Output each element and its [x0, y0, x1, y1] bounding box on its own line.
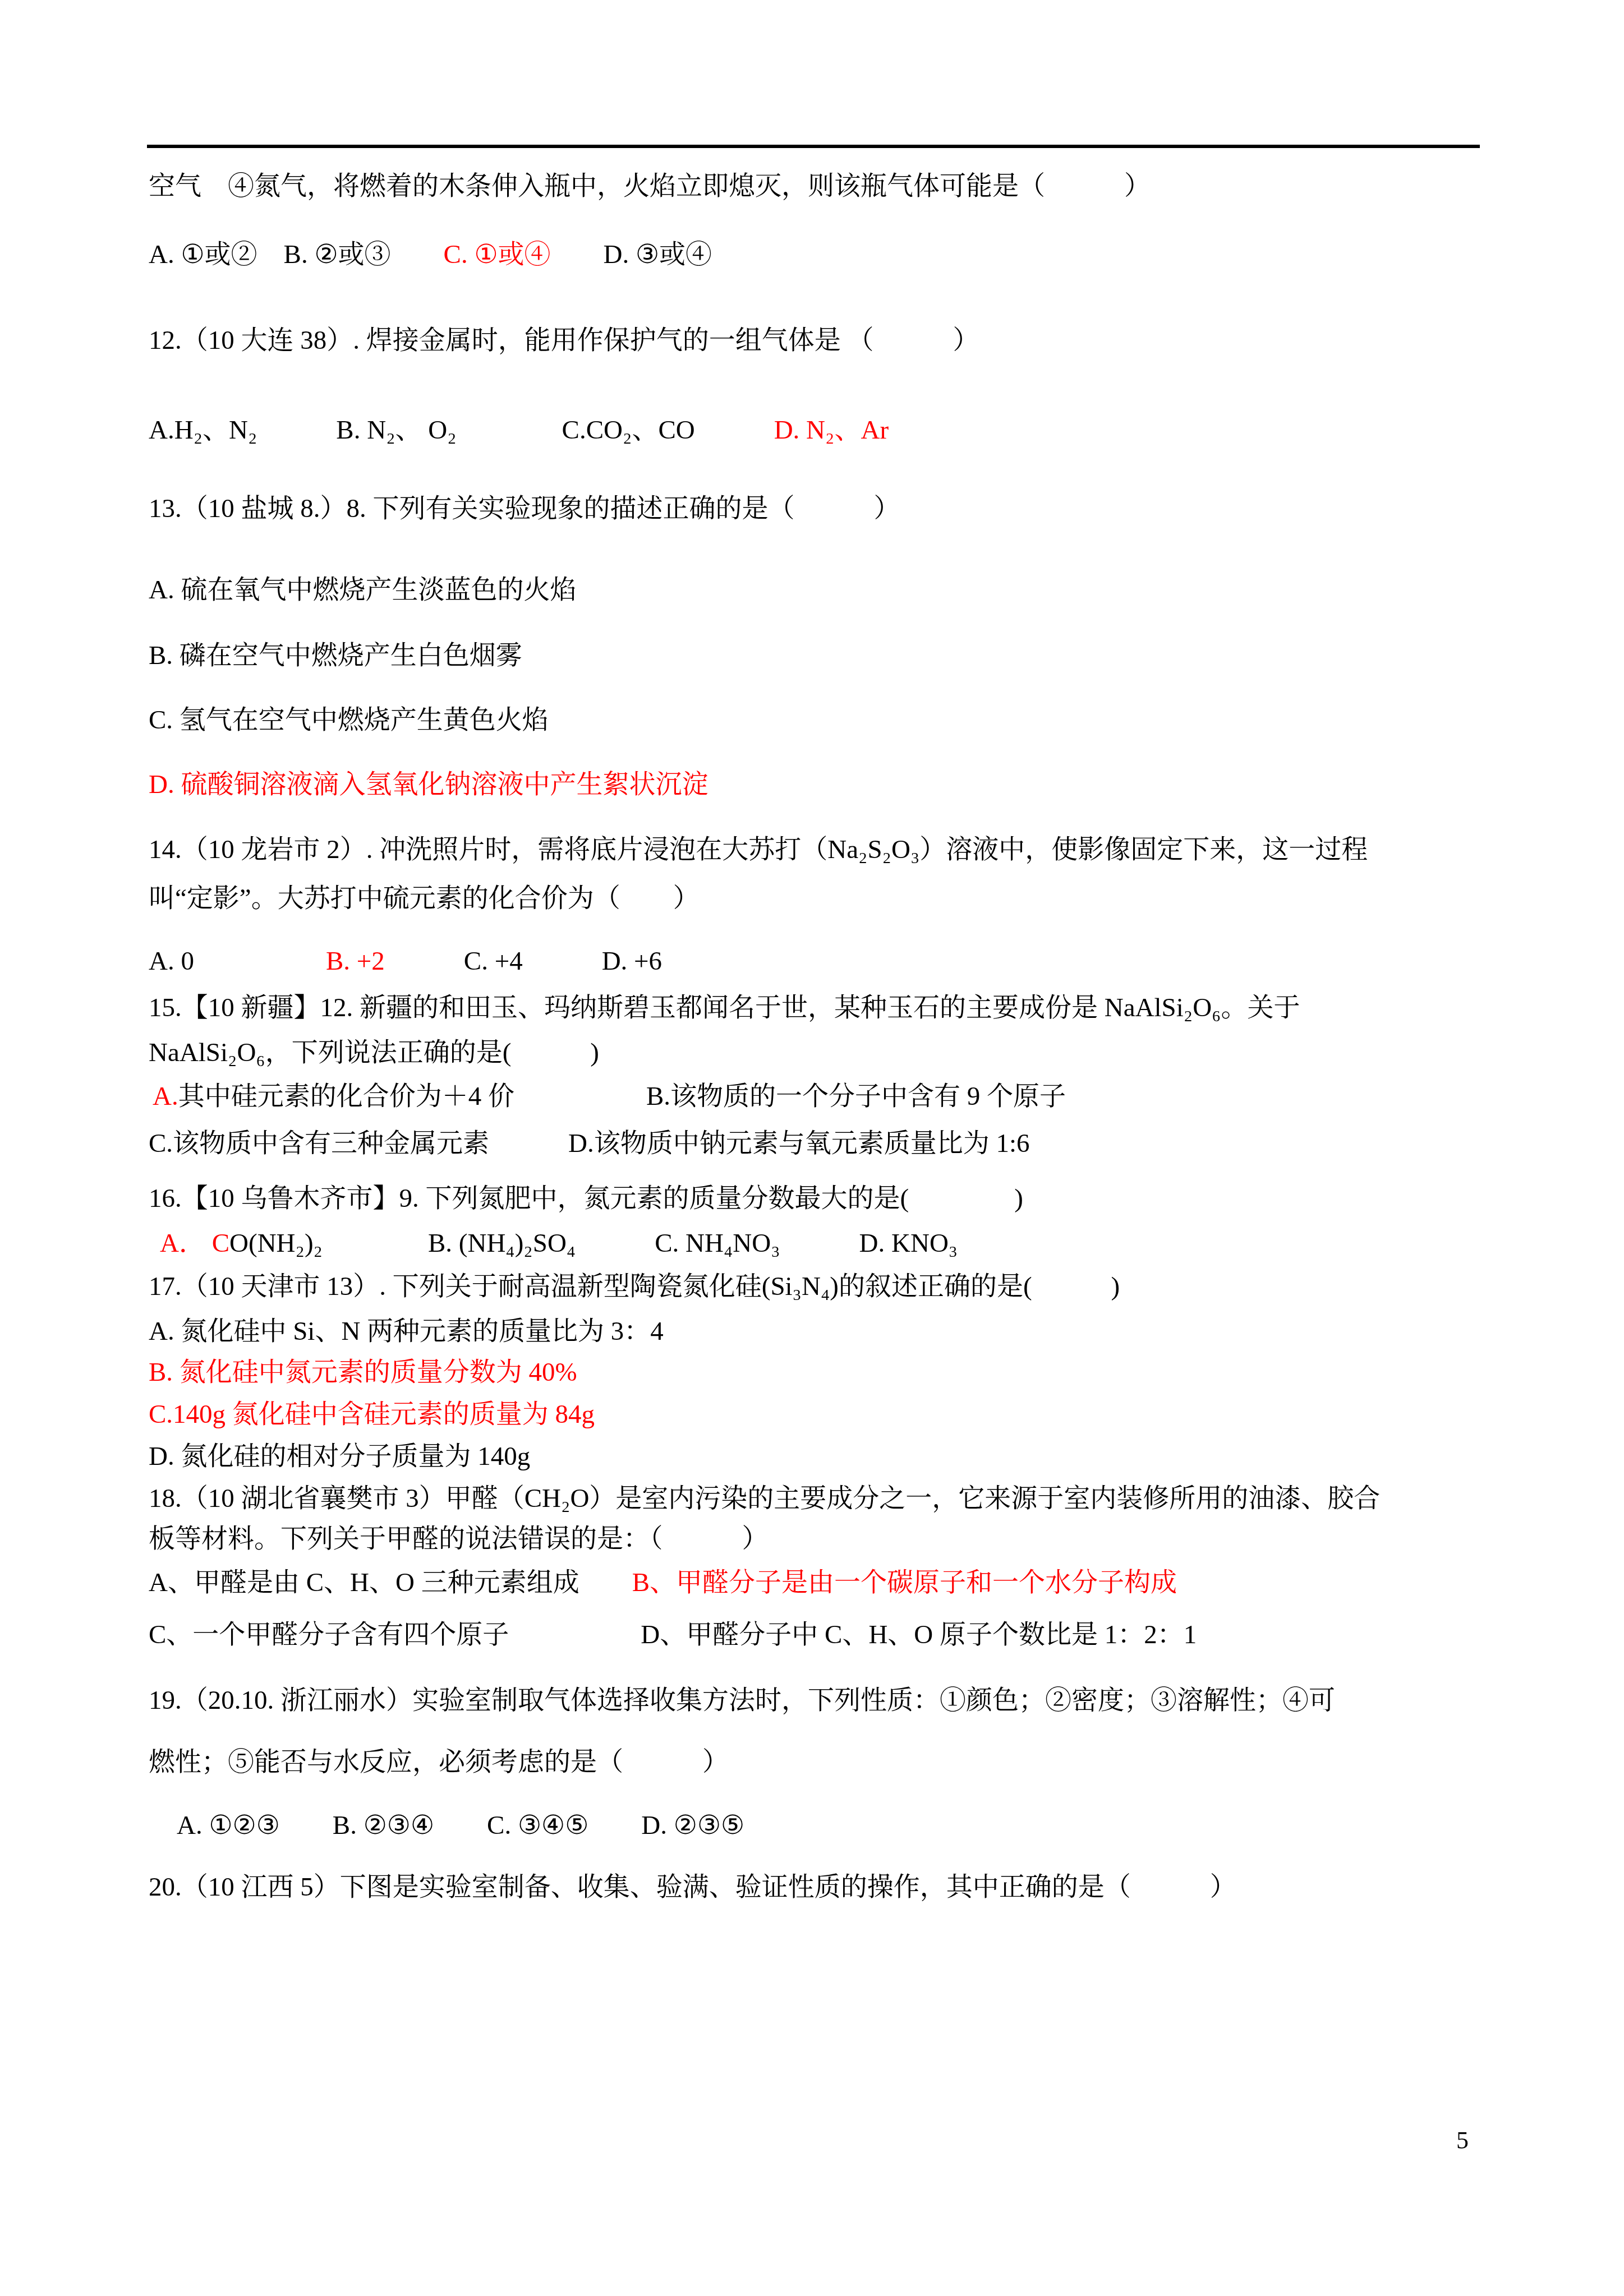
q17-option-d: D. 氮化硅的相对分子质量为 140g: [149, 1440, 530, 1473]
q14-options-post: C. +4 D. +6: [385, 947, 662, 976]
document-page: 空气 ④氮气，将燃着的木条伸入瓶中，火焰立即熄灭，则该瓶气体可能是（ ） A. …: [0, 0, 1624, 2296]
q13-option-b-text: B. 磷在空气中燃烧产生白色烟雾: [149, 641, 522, 670]
q14-option-a: A. 0: [149, 947, 326, 976]
q14-stem-line2-text: 叫“定影”。大苏打中硫元素的化合价为（ ）: [149, 884, 700, 913]
q16-stem-text: 16.【10 乌鲁木齐市】9. 下列氮肥中，氮元素的质量分数最大的是( ): [149, 1184, 1023, 1213]
header-rule: [147, 145, 1480, 148]
q13-answer-d: D. 硫酸铜溶液滴入氢氧化钠溶液中产生絮状沉淀: [149, 768, 708, 801]
q11-stem: 空气 ④氮气，将燃着的木条伸入瓶中，火焰立即熄灭，则该瓶气体可能是（ ）: [149, 169, 1151, 203]
q11-stem-text: 空气 ④氮气，将燃着的木条伸入瓶中，火焰立即熄灭，则该瓶气体可能是（ ）: [149, 172, 1151, 201]
q18-options-cd-text: C、一个甲醛分子含有四个原子 D、甲醛分子中 C、H、O 原子个数比是 1：2：…: [149, 1620, 1197, 1649]
q18-stem-line2: 板等材料。下列关于甲醛的说法错误的是：（ ）: [149, 1522, 769, 1556]
q17-stem: 17.（10 天津市 13）. 下列关于耐高温新型陶瓷氮化硅(Si₃N₄)的叙述…: [149, 1270, 1120, 1303]
q18-stem-line2-text: 板等材料。下列关于甲醛的说法错误的是：（ ）: [149, 1524, 769, 1553]
q18-options-cd: C、一个甲醛分子含有四个原子 D、甲醛分子中 C、H、O 原子个数比是 1：2：…: [149, 1618, 1197, 1652]
q18-stem-line1: 18.（10 湖北省襄樊市 3）甲醛（CH₂O）是室内污染的主要成分之一，它来源…: [149, 1482, 1380, 1515]
q19-stem-line2: 燃性；⑤能否与水反应，必须考虑的是（ ）: [149, 1745, 729, 1779]
q19-stem-line1-text: 19.（20.10. 浙江丽水）实验室制取气体选择收集方法时，下列性质：①颜色；…: [149, 1686, 1335, 1715]
q16-options: A． CO(NH₂)₂ B. (NH₄)₂SO₄ C. NH₄NO₃ D. KN…: [160, 1227, 958, 1260]
q11-answer-c: C. ①或④: [444, 240, 551, 269]
q15-options-cd: C.该物质中含有三种金属元素 D.该物质中钠元素与氧元素质量比为 1:6: [149, 1127, 1030, 1160]
q13-option-b: B. 磷在空气中燃烧产生白色烟雾: [149, 639, 522, 672]
q15-stem-line1: 15.【10 新疆】12. 新疆的和田玉、玛纳斯碧玉都闻名于世，某种玉石的主要成…: [149, 991, 1300, 1025]
q12-options-pre: A.H₂、N₂ B. N₂、 O₂ C.CO₂、CO: [149, 416, 774, 445]
q19-options-text: A. ①②③ B. ②③④ C. ③④⑤ D. ②③⑤: [177, 1811, 744, 1840]
q13-stem-text: 13.（10 盐城 8.）8. 下列有关实验现象的描述正确的是（ ）: [149, 494, 900, 523]
q20-stem: 20.（10 江西 5）下图是实验室制备、收集、验满、验证性质的操作，其中正确的…: [149, 1870, 1236, 1904]
q12-stem-text: 12.（10 大连 38）. 焊接金属时，能用作保护气的一组气体是 （ ）: [149, 326, 979, 355]
q17-answer-b: B. 氮化硅中氮元素的质量分数为 40%: [149, 1356, 577, 1389]
q15-answer-a-label: A.: [153, 1082, 178, 1111]
q14-stem-line1-text: 14.（10 龙岩市 2）. 冲洗照片时，需将底片浸泡在大苏打（Na₂S₂O₃）…: [149, 835, 1368, 864]
q16-answer-a-label: A． C: [160, 1229, 229, 1258]
q14-options: A. 0 B. +2 C. +4 D. +6: [149, 944, 662, 978]
q15-options-ab-text: 其中硅元素的化合价为＋4 价 B.该物质的一个分子中含有 9 个原子: [178, 1082, 1066, 1111]
q20-stem-text: 20.（10 江西 5）下图是实验室制备、收集、验满、验证性质的操作，其中正确的…: [149, 1873, 1236, 1902]
q11-options-post: D. ③或④: [551, 240, 712, 269]
q12-stem: 12.（10 大连 38）. 焊接金属时，能用作保护气的一组气体是 （ ）: [149, 324, 979, 357]
q15-options-cd-text: C.该物质中含有三种金属元素 D.该物质中钠元素与氧元素质量比为 1:6: [149, 1129, 1030, 1158]
q17-answer-c-text: C.140g 氮化硅中含硅元素的质量为 84g: [149, 1400, 595, 1429]
q19-options: A. ①②③ B. ②③④ C. ③④⑤ D. ②③⑤: [177, 1809, 744, 1842]
q18-stem-line1-text: 18.（10 湖北省襄樊市 3）甲醛（CH₂O）是室内污染的主要成分之一，它来源…: [149, 1484, 1380, 1513]
q14-answer-b: B. +2: [326, 947, 385, 976]
q17-option-a: A. 氮化硅中 Si、N 两种元素的质量比为 3：4: [149, 1315, 664, 1348]
q13-option-c-text: C. 氢气在空气中燃烧产生黄色火焰: [149, 706, 549, 735]
q12-answer-d: D. N₂、Ar: [774, 416, 889, 445]
q17-option-d-text: D. 氮化硅的相对分子质量为 140g: [149, 1442, 530, 1471]
q16-options-text: O(NH₂)₂ B. (NH₄)₂SO₄ C. NH₄NO₃ D. KNO₃: [229, 1229, 958, 1258]
q17-answer-c: C.140g 氮化硅中含硅元素的质量为 84g: [149, 1398, 595, 1431]
q15-stem-line2: NaAlSi₂O₆，下列说法正确的是( ): [149, 1036, 599, 1069]
q18-option-a: A、甲醛是由 C、H、O 三种元素组成: [149, 1568, 632, 1597]
q19-stem-line2-text: 燃性；⑤能否与水反应，必须考虑的是（ ）: [149, 1748, 729, 1777]
q13-option-c: C. 氢气在空气中燃烧产生黄色火焰: [149, 703, 549, 737]
q14-stem-line2: 叫“定影”。大苏打中硫元素的化合价为（ ）: [149, 882, 700, 915]
q19-stem-line1: 19.（20.10. 浙江丽水）实验室制取气体选择收集方法时，下列性质：①颜色；…: [149, 1684, 1335, 1717]
q11-options: A. ①或② B. ②或③ C. ①或④ D. ③或④: [149, 238, 712, 271]
q18-options-ab: A、甲醛是由 C、H、O 三种元素组成 B、甲醛分子是由一个碳原子和一个水分子构…: [149, 1566, 1177, 1599]
q15-options-ab: A.其中硅元素的化合价为＋4 价 B.该物质的一个分子中含有 9 个原子: [153, 1080, 1066, 1113]
q14-stem-line1: 14.（10 龙岩市 2）. 冲洗照片时，需将底片浸泡在大苏打（Na₂S₂O₃）…: [149, 833, 1368, 866]
q17-option-a-text: A. 氮化硅中 Si、N 两种元素的质量比为 3：4: [149, 1317, 664, 1346]
q13-answer-d-text: D. 硫酸铜溶液滴入氢氧化钠溶液中产生絮状沉淀: [149, 770, 708, 799]
q11-options-pre: A. ①或② B. ②或③: [149, 240, 444, 269]
page-number: 5: [1456, 2126, 1469, 2156]
q16-stem: 16.【10 乌鲁木齐市】9. 下列氮肥中，氮元素的质量分数最大的是( ): [149, 1182, 1023, 1215]
q12-options: A.H₂、N₂ B. N₂、 O₂ C.CO₂、CO D. N₂、Ar: [149, 413, 889, 447]
q13-option-a-text: A. 硫在氧气中燃烧产生淡蓝色的火焰: [149, 575, 576, 605]
q15-stem-line2-text: NaAlSi₂O₆，下列说法正确的是( ): [149, 1038, 599, 1067]
q13-option-a: A. 硫在氧气中燃烧产生淡蓝色的火焰: [149, 573, 576, 607]
q13-stem: 13.（10 盐城 8.）8. 下列有关实验现象的描述正确的是（ ）: [149, 492, 900, 525]
q17-answer-b-text: B. 氮化硅中氮元素的质量分数为 40%: [149, 1358, 577, 1387]
q18-answer-b: B、甲醛分子是由一个碳原子和一个水分子构成: [632, 1568, 1177, 1597]
q15-stem-line1-text: 15.【10 新疆】12. 新疆的和田玉、玛纳斯碧玉都闻名于世，某种玉石的主要成…: [149, 993, 1300, 1022]
q17-stem-text: 17.（10 天津市 13）. 下列关于耐高温新型陶瓷氮化硅(Si₃N₄)的叙述…: [149, 1272, 1120, 1301]
